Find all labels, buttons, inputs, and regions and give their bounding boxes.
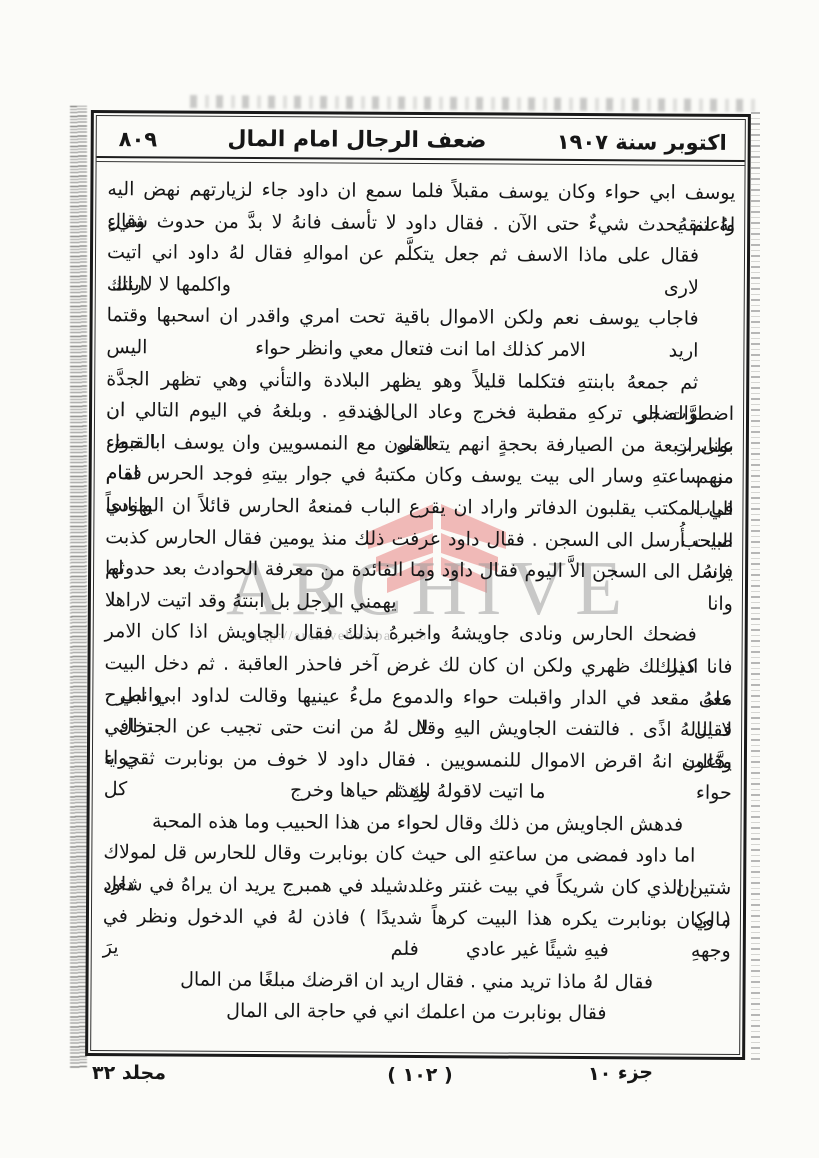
text-line: يرسل الى السجن الاَّ اليوم فقال داود وما… [105,553,733,588]
scanned-page: ARCHIVE http://archivebba.ba....co... اك… [0,0,819,1158]
text-line: شتين الذي كان شريكاً في بيت غنتر وغلدشيل… [103,869,731,904]
text-line: في المكتب يقلبون الدفاتر واراد ان يقرع ا… [105,490,733,525]
text-line: فاجاب يوسف نعم ولكن الاموال باقية تحت ام… [107,300,735,335]
text-line: على مقعد في الدار واقبلت حواء والدموع مل… [104,680,732,715]
text-line: فقال لهُ ماذا تريد مني . فقال اريد ان اق… [102,964,730,999]
volume-number: مجلد ٣٢ [92,1062,166,1084]
running-head: اكتوبر سنة ١٩٠٧ ضعف الرجال امام المال ٨٠… [97,116,745,162]
text-line: اضطرَّت الى تركهِ مقطبة فخرج وعاد الى فن… [106,395,734,430]
issue-date: اكتوبر سنة ١٩٠٧ [557,130,727,155]
folio-number: ( ١٠٢ ) [350,1064,490,1086]
text-line: يدَّعون انهُ اقرض الاموال للنمسويين . فق… [104,743,732,778]
text-line: البيت أُرسل الى السجن . فقال داود عرفت ذ… [105,522,733,557]
text-line: يوسف ابي حواء وكان يوسف مقبلاً فلما سمع … [107,174,735,209]
text-line: فقال على ماذا الاسف ثم جعل يتكلَّم عن ام… [107,237,735,272]
text-line: فانا ادير لك ظهري ولكن ان كان لك غرض آخر… [104,648,732,683]
text-line: لا ينالهُ اذًى . فالتفت الجاويش اليهِ وق… [104,711,732,746]
top-edge-smear [190,95,755,112]
page-border-frame: اكتوبر سنة ١٩٠٧ ضعف الرجال امام المال ٨٠… [85,110,751,1060]
text-line: لهُ لم يحدث شيءٌ حتى الآن . فقال داود لا… [107,206,735,241]
page-footer: مجلد ٣٢ ( ١٠٢ ) جزء ١٠ [0,1062,819,1102]
text-line: فقال بونابرت من اعلمك اني في حاجة الى ال… [102,996,730,1031]
binding-gutter-texture [70,106,87,1068]
text-line: على اربعة من الصيارفة بحجةٍ انهم يتعاملو… [106,427,734,462]
page-number: ٨٠٩ [119,127,158,151]
text-line: ( وكان بونابرت يكره هذا البيت كرهاً شديد… [103,901,731,936]
body-text: يوسف ابي حواء وكان يوسف مقبلاً فلما سمع … [91,158,744,1031]
article-title: ضعف الرجال امام المال [157,126,557,153]
page-border-frame-inner: اكتوبر سنة ١٩٠٧ ضعف الرجال امام المال ٨٠… [90,115,746,1055]
text-line: فضحك الحارس ونادى جاويشهُ واخبرهُ بذلك ف… [105,616,733,651]
text-line: فدهش الجاويش من ذلك وقال لحواء من هذا ال… [103,806,731,841]
text-line: ثم جمعهُ بابنتهِ فتكلما قليلاً وهو يظهر … [106,364,734,399]
right-edge-texture [751,112,760,1062]
text-line: اما داود فمضى من ساعتهِ الى حيث كان بونا… [103,838,731,873]
text-line: من ساعتهِ وسار الى بيت يوسف وكان مكتبهُ … [106,458,734,493]
part-number: جزء ١٠ [588,1061,654,1085]
